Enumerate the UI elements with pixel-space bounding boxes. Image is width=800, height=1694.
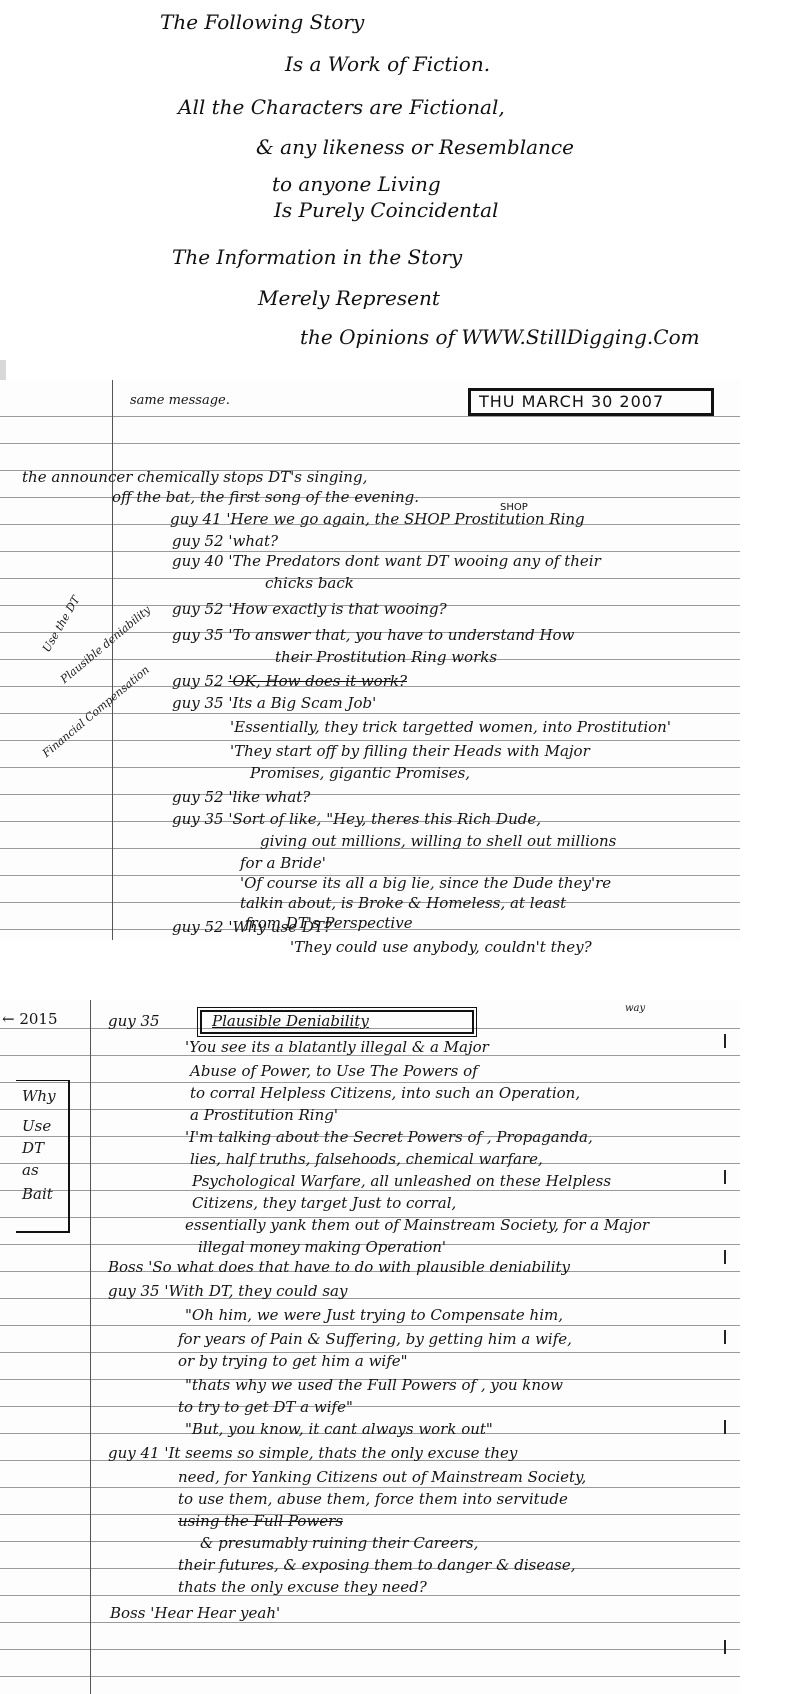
- note-line: "Oh him, we were Just trying to Compensa…: [185, 1306, 563, 1324]
- speaker: guy 41: [170, 510, 222, 528]
- speaker: guy 40: [172, 552, 224, 570]
- edge-mark: [724, 1170, 726, 1184]
- note-line: to try to get DT a wife": [178, 1398, 353, 1416]
- note-line: a Prostitution Ring': [190, 1106, 338, 1124]
- note-line: "thats why we used the Full Powers of , …: [185, 1376, 563, 1394]
- note-line: Psychological Warfare, all unleashed on …: [192, 1172, 611, 1190]
- note-line: Abuse of Power, to Use The Powers of: [190, 1062, 478, 1080]
- disclaimer-line: The Information in the Story: [172, 245, 462, 269]
- note-line: Citizens, they target Just to corral,: [192, 1194, 456, 1212]
- disclaimer-line: Is a Work of Fiction.: [285, 52, 490, 76]
- dialogue-line: Boss 'So what does that have to do with …: [108, 1258, 570, 1276]
- note-line: need, for Yanking Citizens out of Mainst…: [178, 1468, 586, 1486]
- note-line: chicks back: [265, 574, 354, 592]
- speaker: guy 52: [172, 918, 224, 936]
- dialogue-line: guy 52 'Why use DT?: [172, 918, 332, 936]
- note-line: 'Essentially, they trick targetted women…: [230, 718, 671, 736]
- speaker: guy 35: [108, 1282, 160, 1300]
- note-line: to use them, abuse them, force them into…: [178, 1490, 568, 1508]
- speaker: guy 35: [108, 1012, 160, 1030]
- margin-note: Financial Compensation: [40, 663, 152, 760]
- edge-mark: [724, 1330, 726, 1344]
- note-line: giving out millions, willing to shell ou…: [260, 832, 616, 850]
- note-line: essentially yank them out of Mainstream …: [185, 1216, 649, 1234]
- note-line: to corral Helpless Citizens, into such a…: [190, 1084, 580, 1102]
- note-line: Promises, gigantic Promises,: [250, 764, 470, 782]
- dialogue-line: Boss 'Hear Hear yeah': [110, 1604, 280, 1622]
- dialogue-line: guy 41 'Here we go again, the SHOP Prost…: [170, 510, 585, 528]
- speaker: guy 52: [172, 532, 224, 550]
- speaker: Boss: [110, 1604, 145, 1622]
- speaker: guy 35: [172, 626, 224, 644]
- dialogue-line: guy 52 'what?: [172, 532, 278, 550]
- dialogue-line: guy 35 'Sort of like, "Hey, theres this …: [172, 810, 541, 828]
- notebook-page-2: ← 2015 guy 35 Plausible Deniability way …: [0, 1000, 740, 1694]
- note-line: 'You see its a blatantly illegal & a Maj…: [185, 1038, 489, 1056]
- note-line: their Prostitution Ring works: [275, 648, 497, 666]
- dialogue-line: guy 41 'It seems so simple, thats the on…: [108, 1444, 517, 1462]
- margin-box: Why Use DT as Bait: [16, 1080, 70, 1233]
- disclaimer-line: Merely Represent: [258, 286, 440, 310]
- edge-mark: [724, 1250, 726, 1264]
- dialogue-line: guy 40 'The Predators dont want DT wooin…: [172, 552, 601, 570]
- margin-rule: [90, 1000, 91, 1694]
- disclaimer-line: Is Purely Coincidental: [274, 198, 498, 222]
- note-line: 'They could use anybody, couldn't they?: [290, 938, 592, 956]
- note-line: talkin about, is Broke & Homeless, at le…: [240, 894, 566, 912]
- disclaimer-line: to anyone Living: [272, 172, 441, 196]
- struck-line: using the Full Powers: [178, 1512, 343, 1530]
- note-line: for years of Pain & Suffering, by gettin…: [178, 1330, 572, 1348]
- speaker: guy 52: [172, 788, 224, 806]
- dialogue-line: guy 52 'OK, How does it work?: [172, 672, 407, 690]
- speaker: guy 52: [172, 672, 224, 690]
- top-fragment: same message.: [130, 392, 230, 410]
- note-line: off the bat, the first song of the eveni…: [112, 488, 419, 506]
- speaker: guy 52: [172, 600, 224, 618]
- note-line: "But, you know, it cant always work out": [185, 1420, 493, 1438]
- disclaimer-section: The Following Story Is a Work of Fiction…: [0, 0, 740, 360]
- dialogue-line: guy 35 'With DT, they could say: [108, 1282, 347, 1300]
- dialogue-line: guy 35 'To answer that, you have to unde…: [172, 626, 574, 644]
- note-line: thats the only excuse they need?: [178, 1578, 427, 1596]
- disclaimer-line: All the Characters are Fictional,: [178, 95, 505, 119]
- note-line: 'I'm talking about the Secret Powers of …: [185, 1128, 593, 1146]
- note-line: the announcer chemically stops DT's sing…: [22, 468, 367, 486]
- year-marker: ← 2015: [2, 1010, 58, 1028]
- date-box: THU MARCH 30 2007: [468, 388, 714, 416]
- note-line: 'They start off by filling their Heads w…: [230, 742, 590, 760]
- dialogue-line: guy 52 'How exactly is that wooing?: [172, 600, 447, 618]
- disclaimer-line: The Following Story: [160, 10, 364, 34]
- margin-rule: [112, 380, 113, 940]
- edge-mark: [724, 1640, 726, 1654]
- note-line: for a Bride': [240, 854, 326, 872]
- edge-mark: [724, 1034, 726, 1048]
- note-line: illegal money making Operation': [198, 1238, 446, 1256]
- section-heading: Plausible Deniability: [212, 1012, 369, 1030]
- note-line: 'Of course its all a big lie, since the …: [240, 874, 611, 892]
- corner-note: way: [625, 1000, 645, 1018]
- note-line: & presumably ruining their Careers,: [200, 1534, 478, 1552]
- note-line: or by trying to get him a wife": [178, 1352, 408, 1370]
- note-line: lies, half truths, falsehoods, chemical …: [190, 1150, 543, 1168]
- scan-gap: [0, 360, 6, 380]
- speaker: Boss: [108, 1258, 143, 1276]
- edge-mark: [724, 1420, 726, 1434]
- disclaimer-line: the Opinions of WWW.StillDigging.Com: [300, 325, 700, 349]
- notebook-page-1: same message. THU MARCH 30 2007 the anno…: [0, 380, 740, 940]
- disclaimer-line: & any likeness or Resemblance: [256, 135, 574, 159]
- speaker: guy 41: [108, 1444, 160, 1462]
- dialogue-line: guy 52 'like what?: [172, 788, 310, 806]
- dialogue-line: guy 35 'Its a Big Scam Job': [172, 694, 376, 712]
- speaker: guy 35: [172, 694, 224, 712]
- note-line: their futures, & exposing them to danger…: [178, 1556, 576, 1574]
- margin-note: Use the DT: [40, 594, 83, 655]
- speaker: guy 35: [172, 810, 224, 828]
